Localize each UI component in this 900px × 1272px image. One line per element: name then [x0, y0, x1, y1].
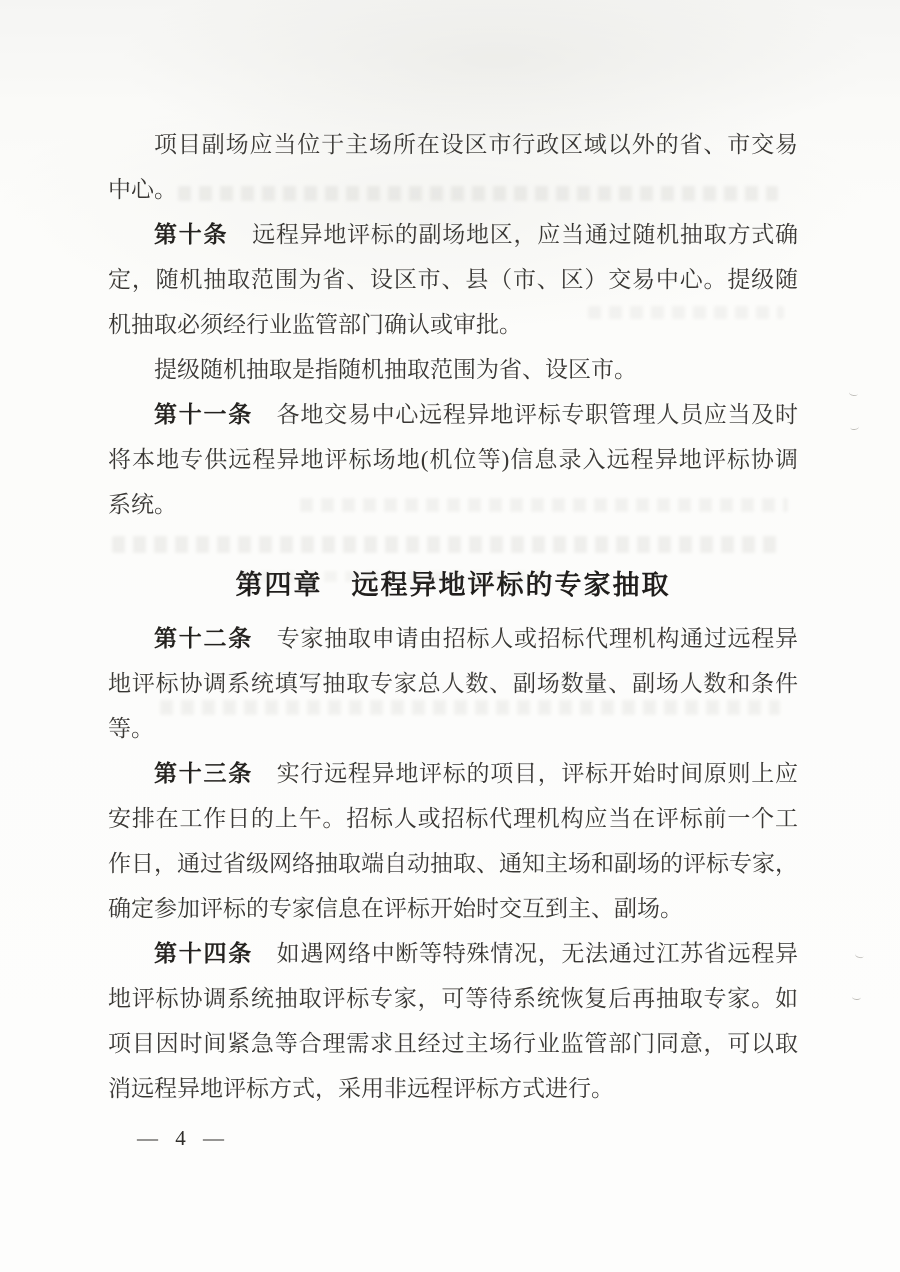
- article-number: 第十二条: [154, 626, 253, 651]
- text-line: 系统。: [108, 482, 798, 527]
- text-line: 安排在工作日的上午。招标人或招标代理机构应当在评标前一个工: [108, 796, 798, 841]
- text-line: 项目副场应当位于主场所在设区市行政区域以外的省、市交易: [108, 122, 798, 167]
- text-line: 第十一条 各地交易中心远程异地评标专职管理人员应当及时: [108, 392, 798, 437]
- text-line: 第十二条 专家抽取申请由招标人或招标代理机构通过远程异: [108, 616, 798, 661]
- scanned-document-page: 项目副场应当位于主场所在设区市行政区域以外的省、市交易中心。第十条 远程异地评标…: [0, 0, 900, 1272]
- text-line: 确定参加评标的专家信息在评标开始时交互到主、副场。: [108, 886, 798, 931]
- text-line: 地评标协调系统抽取评标专家，可等待系统恢复后再抽取专家。如: [108, 976, 798, 1021]
- text-line: 将本地专供远程异地评标场地(机位等)信息录入远程异地评标协调: [108, 437, 798, 482]
- text-line: 地评标协调系统填写抽取专家总人数、副场数量、副场人数和条件: [108, 661, 798, 706]
- text-line: 第十四条 如遇网络中断等特殊情况，无法通过江苏省远程异: [108, 931, 798, 976]
- document-body: 项目副场应当位于主场所在设区市行政区域以外的省、市交易中心。第十条 远程异地评标…: [0, 0, 900, 1153]
- text-line: 项目因时间紧急等合理需求且经过主场行业监管部门同意，可以取: [108, 1021, 798, 1066]
- document-blocks: 项目副场应当位于主场所在设区市行政区域以外的省、市交易中心。第十条 远程异地评标…: [108, 122, 798, 1111]
- text-line: 等。: [108, 706, 798, 751]
- text-line: 第十条 远程异地评标的副场地区，应当通过随机抽取方式确: [108, 212, 798, 257]
- text-line: 提级随机抽取是指随机抽取范围为省、设区市。: [108, 347, 798, 392]
- chapter-heading: 第四章 远程异地评标的专家抽取: [108, 563, 798, 608]
- article-number: 第十一条: [154, 402, 253, 427]
- text-line: 第十三条 实行远程异地评标的项目，评标开始时间原则上应: [108, 751, 798, 796]
- article-number: 第十四条: [154, 941, 253, 966]
- text-line: 中心。: [108, 167, 798, 212]
- footer-page-number: — 4 —: [137, 1123, 798, 1153]
- article-number: 第十三条: [154, 761, 253, 786]
- text-line: 机抽取必须经行业监管部门确认或审批。: [108, 302, 798, 347]
- text-line: 消远程异地评标方式，采用非远程评标方式进行。: [108, 1066, 798, 1111]
- text-line: 作日，通过省级网络抽取端自动抽取、通知主场和副场的评标专家，: [108, 841, 798, 886]
- article-number: 第十条: [154, 222, 228, 247]
- text-line: 定，随机抽取范围为省、设区市、县（市、区）交易中心。提级随: [108, 257, 798, 302]
